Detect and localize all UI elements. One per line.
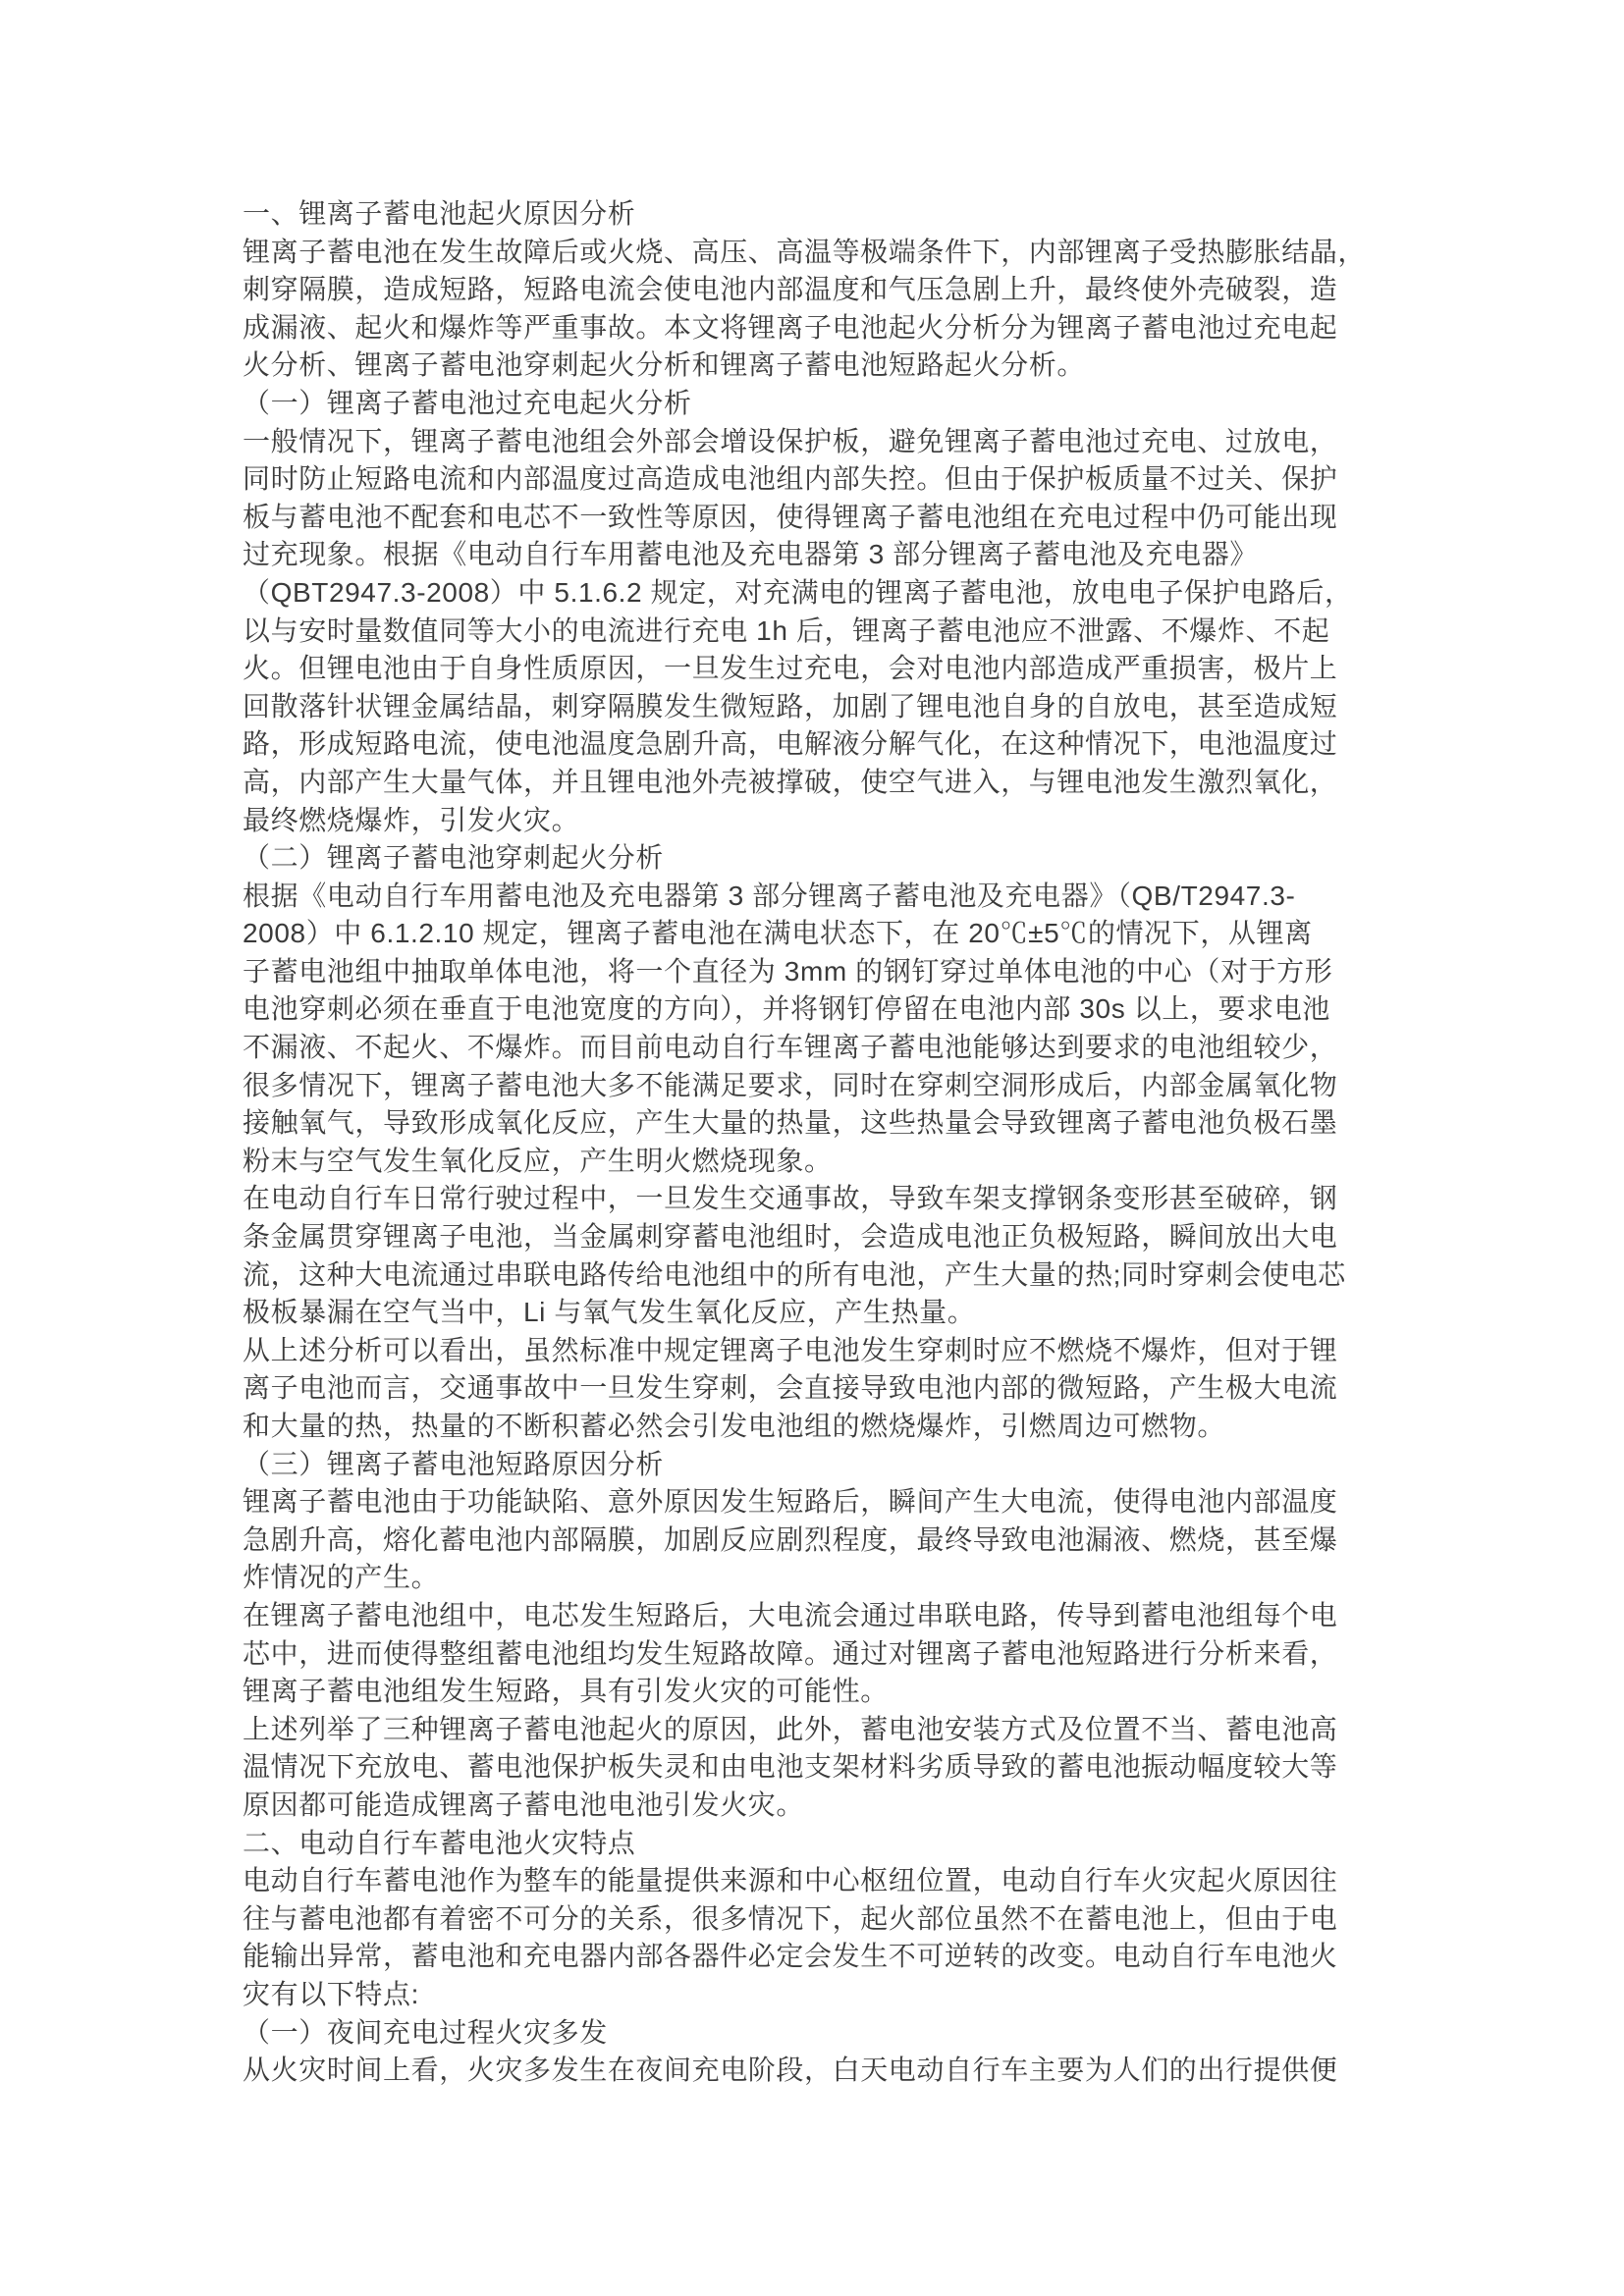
document-line: 在电动自行车日常行驶过程中，一旦发生交通事故，导致车架支撑钢条变形甚至破碎，钢 [243, 1180, 1396, 1218]
document-line: 炸情况的产生。 [243, 1559, 1396, 1597]
document-line: 能输出异常，蓄电池和充电器内部各器件必定会发生不可逆转的改变。电动自行车电池火 [243, 1938, 1396, 1976]
document-line: 电池穿刺必须在垂直于电池宽度的方向），并将钢钉停留在电池内部 30s 以上，要求… [243, 990, 1396, 1029]
document-line: 根据《电动自行车用蓄电池及充电器第 3 部分锂离子蓄电池及充电器》（QB/T29… [243, 878, 1396, 916]
document-line: 板与蓄电池不配套和电芯不一致性等原因，使得锂离子蓄电池组在充电过程中仍可能出现 [243, 499, 1396, 537]
document-line: 火分析、锂离子蓄电池穿刺起火分析和锂离子蓄电池短路起火分析。 [243, 347, 1396, 385]
document-line: 条金属贯穿锂离子电池，当金属刺穿蓄电池组时，会造成电池正负极短路，瞬间放出大电 [243, 1218, 1396, 1256]
document-line: 锂离子蓄电池组发生短路，具有引发火灾的可能性。 [243, 1673, 1396, 1711]
document-line: （一）锂离子蓄电池过充电起火分析 [243, 385, 1396, 423]
document-line: 子蓄电池组中抽取单体电池，将一个直径为 3mm 的钢钉穿过单体电池的中心（对于方… [243, 953, 1396, 991]
document-line: 高，内部产生大量气体，并且锂电池外壳被撑破，使空气进入，与锂电池发生激烈氧化， [243, 764, 1396, 802]
document-line: （二）锂离子蓄电池穿刺起火分析 [243, 839, 1396, 878]
document-line: 急剧升高，熔化蓄电池内部隔膜，加剧反应剧烈程度，最终导致电池漏液、燃烧，甚至爆 [243, 1522, 1396, 1560]
document-line: 2008）中 6.1.2.10 规定，锂离子蓄电池在满电状态下，在 20℃±5℃… [243, 915, 1396, 953]
document-line: （三）锂离子蓄电池短路原因分析 [243, 1446, 1396, 1484]
document-line: 温情况下充放电、蓄电池保护板失灵和由电池支架材料劣质导致的蓄电池振动幅度较大等 [243, 1748, 1396, 1787]
document-line: 一、锂离子蓄电池起火原因分析 [243, 195, 1396, 234]
document-line: 和大量的热，热量的不断积蓄必然会引发电池组的燃烧爆炸，引燃周边可燃物。 [243, 1408, 1396, 1446]
document-line: 流，这种大电流通过串联电路传给电池组中的所有电池，产生大量的热;同时穿刺会使电芯 [243, 1256, 1396, 1295]
document-line: 从上述分析可以看出，虽然标准中规定锂离子电池发生穿刺时应不燃烧不爆炸，但对于锂 [243, 1332, 1396, 1370]
document-line: （QBT2947.3-2008）中 5.1.6.2 规定，对充满电的锂离子蓄电池… [243, 574, 1396, 613]
document-line: 往与蓄电池都有着密不可分的关系，很多情况下，起火部位虽然不在蓄电池上，但由于电 [243, 1900, 1396, 1939]
document-line: 接触氧气，导致形成氧化反应，产生大量的热量，这些热量会导致锂离子蓄电池负极石墨 [243, 1104, 1396, 1143]
document-body: 一、锂离子蓄电池起火原因分析锂离子蓄电池在发生故障后或火烧、高压、高温等极端条件… [243, 195, 1396, 2090]
document-line: 从火灾时间上看，火灾多发生在夜间充电阶段，白天电动自行车主要为人们的出行提供便 [243, 2052, 1396, 2090]
document-line: 在锂离子蓄电池组中，电芯发生短路后，大电流会通过串联电路，传导到蓄电池组每个电 [243, 1597, 1396, 1635]
document-line: 火。但锂电池由于自身性质原因，一旦发生过充电，会对电池内部造成严重损害，极片上 [243, 650, 1396, 688]
document-line: 电动自行车蓄电池作为整车的能量提供来源和中心枢纽位置，电动自行车火灾起火原因往 [243, 1862, 1396, 1900]
document-line: 路，形成短路电流，使电池温度急剧升高，电解液分解气化，在这种情况下，电池温度过 [243, 725, 1396, 764]
document-line: 同时防止短路电流和内部温度过高造成电池组内部失控。但由于保护板质量不过关、保护 [243, 460, 1396, 499]
document-line: 回散落针状锂金属结晶，刺穿隔膜发生微短路，加剧了锂电池自身的自放电，甚至造成短 [243, 688, 1396, 726]
document-line: 以与安时量数值同等大小的电流进行充电 1h 后，锂离子蓄电池应不泄露、不爆炸、不… [243, 613, 1396, 651]
document-line: 最终燃烧爆炸，引发火灾。 [243, 802, 1396, 840]
document-line: 二、电动自行车蓄电池火灾特点 [243, 1825, 1396, 1863]
document-line: 成漏液、起火和爆炸等严重事故。本文将锂离子电池起火分析分为锂离子蓄电池过充电起 [243, 309, 1396, 347]
document-line: 原因都可能造成锂离子蓄电池电池引发火灾。 [243, 1787, 1396, 1825]
document-line: 刺穿隔膜，造成短路，短路电流会使电池内部温度和气压急剧上升，最终使外壳破裂，造 [243, 271, 1396, 309]
document-line: 离子电池而言，交通事故中一旦发生穿刺，会直接导致电池内部的微短路，产生极大电流 [243, 1369, 1396, 1408]
document-line: 锂离子蓄电池在发生故障后或火烧、高压、高温等极端条件下，内部锂离子受热膨胀结晶， [243, 234, 1396, 272]
document-line: 上述列举了三种锂离子蓄电池起火的原因，此外，蓄电池安装方式及位置不当、蓄电池高 [243, 1711, 1396, 1749]
document-line: 很多情况下，锂离子蓄电池大多不能满足要求，同时在穿刺空洞形成后，内部金属氧化物 [243, 1067, 1396, 1105]
document-line: 一般情况下，锂离子蓄电池组会外部会增设保护板，避免锂离子蓄电池过充电、过放电， [243, 423, 1396, 461]
document-line: 极板暴漏在空气当中，Li 与氧气发生氧化反应，产生热量。 [243, 1294, 1396, 1332]
document-line: 过充现象。根据《电动自行车用蓄电池及充电器第 3 部分锂离子蓄电池及充电器》 [243, 536, 1396, 574]
document-line: （一）夜间充电过程火灾多发 [243, 2014, 1396, 2053]
document-line: 不漏液、不起火、不爆炸。而目前电动自行车锂离子蓄电池能够达到要求的电池组较少， [243, 1029, 1396, 1067]
document-line: 芯中，进而使得整组蓄电池组均发生短路故障。通过对锂离子蓄电池短路进行分析来看， [243, 1635, 1396, 1674]
document-line: 粉末与空气发生氧化反应，产生明火燃烧现象。 [243, 1143, 1396, 1181]
document-line: 灾有以下特点: [243, 1976, 1396, 2014]
document-line: 锂离子蓄电池由于功能缺陷、意外原因发生短路后，瞬间产生大电流，使得电池内部温度 [243, 1483, 1396, 1522]
